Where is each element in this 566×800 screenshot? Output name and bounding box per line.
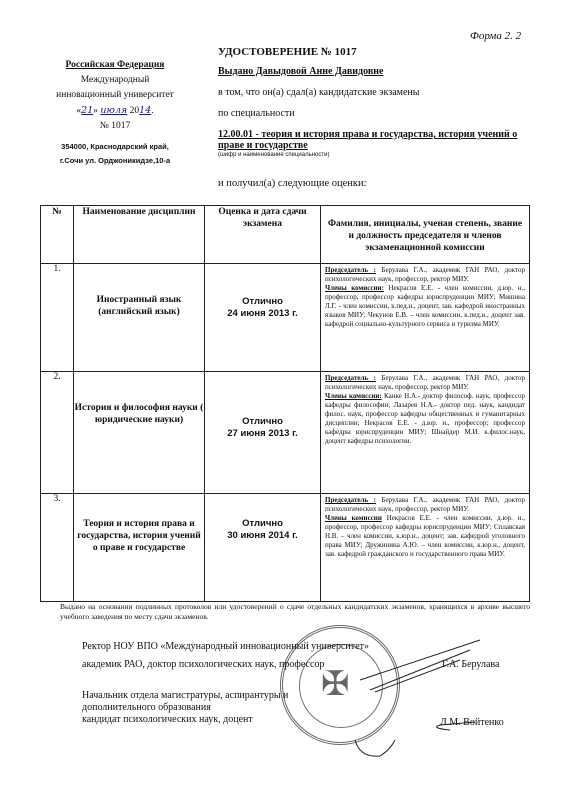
row-discipline: Иностранный язык (английский язык) [74,264,205,372]
row-number: 1. [41,264,74,372]
row-grade: Отлично27 июня 2013 г. [205,372,321,494]
form-label: Форма 2. 2 [470,30,521,42]
footnote: Выдано на основании подлинных протоколов… [60,602,530,622]
grade-date: 24 июня 2013 г. [205,308,320,320]
statement: в том, что он(а) сдал(а) кандидатские эк… [218,87,538,98]
received-grades: и получил(а) следующие оценки: [218,178,367,189]
by-specialty: по специальности [218,108,538,119]
row-number: 3. [41,494,74,602]
head-signature-block: Начальник отдела магистратуры, аспиранту… [82,690,288,726]
chair-label: Председатель : [325,266,376,274]
table-header-row: № Наименование дисциплин Оценка и дата с… [41,206,530,264]
members-label: Члены комиссии: [325,392,382,400]
issuer-university-line2: инновационный университет [40,88,190,103]
issue-month: июля [100,105,127,116]
members-label: Члены комиссии [325,514,382,522]
head-title: Начальник отдела магистратуры, аспиранту… [82,690,288,702]
signature-scribbles [300,630,500,760]
specialty: 12.00.01 - теория и история права и госу… [218,129,538,151]
issue-date: «21» июля 2014. [40,103,190,119]
address-line1: 354000, Краснодарский край, [40,140,190,154]
address-line2: г.Сочи ул. Орджоникидзе,10-а [40,154,190,168]
row-number: 2. [41,372,74,494]
header-discipline: Наименование дисциплин [74,206,205,264]
table-row: 3. Теория и история права и государства,… [41,494,530,602]
header-number: № [41,206,74,264]
head-degree: кандидат психологических наук, доцент [82,714,288,726]
table-row: 1. Иностранный язык (английский язык) От… [41,264,530,372]
issuer-university-line1: Международный [40,73,190,88]
certificate-header: УДОСТОВЕРЕНИЕ № 1017 Выдано Давыдовой Ан… [218,46,538,158]
issue-day: 21 [81,105,93,116]
row-discipline: Теория и история права и государства, ис… [74,494,205,602]
head-dept: дополнительного образования [82,702,288,714]
grade-date: 30 июня 2014 г. [205,530,320,542]
grade-value: Отлично [205,296,320,308]
issue-year-suffix: 14 [139,105,151,116]
table-row: 2. История и философия науки ( юридическ… [41,372,530,494]
row-discipline: История и философия науки ( юридические … [74,372,205,494]
issuer-country: Российская Федерация [40,58,190,73]
grade-date: 27 июня 2013 г. [205,428,320,440]
issuer-number: № 1017 [40,119,190,134]
issuer-block: Российская Федерация Международный иннов… [40,58,190,168]
header-commission: Фамилия, инициалы, ученая степень, звани… [321,206,530,264]
issuer-address: 354000, Краснодарский край, г.Сочи ул. О… [40,140,190,168]
row-grade: Отлично24 июня 2013 г. [205,264,321,372]
header-grade: Оценка и дата сдачи экзамена [205,206,321,264]
row-commission: Председатель : Берулава Г.А., академик Г… [321,264,530,372]
row-grade: Отлично30 июня 2014 г. [205,494,321,602]
row-commission: Председатель : Берулава Г.А., академик Г… [321,372,530,494]
issue-year-prefix: 20 [130,106,140,116]
grade-value: Отлично [205,416,320,428]
grades-table: № Наименование дисциплин Оценка и дата с… [40,205,530,602]
members-label: Члены комиссии: [325,284,384,292]
issued-to: Выдано Давыдовой Анне Давидовне [218,66,538,77]
grade-value: Отлично [205,518,320,530]
specialty-note: (шифр и наименование специальности) [218,152,538,158]
chair-label: Председатель : [325,374,376,382]
chair-label: Председатель : [325,496,376,504]
row-commission: Председатель : Берулава Г.А., академик Г… [321,494,530,602]
certificate-title: УДОСТОВЕРЕНИЕ № 1017 [218,46,538,58]
